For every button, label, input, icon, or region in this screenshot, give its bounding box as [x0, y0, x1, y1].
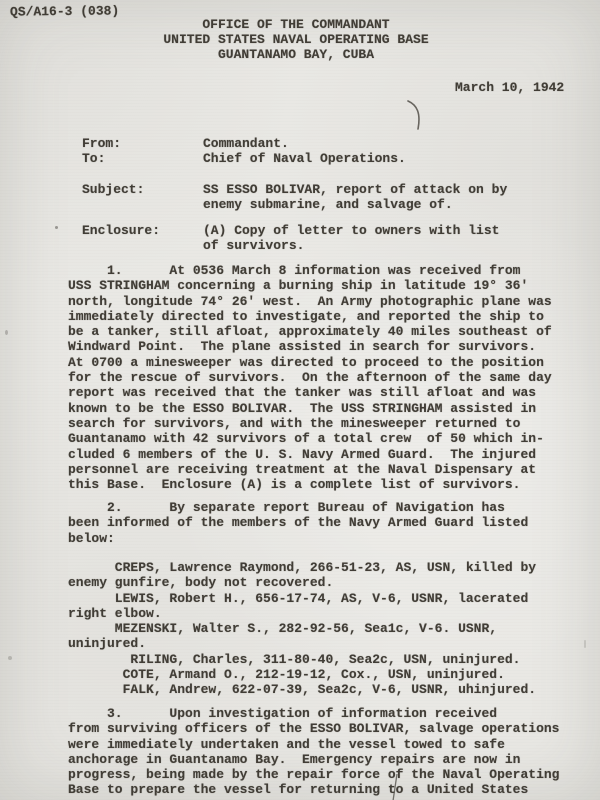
paragraph-2: 2. By separate report Bureau of Navigati… [68, 500, 528, 546]
ink-speck [55, 226, 58, 229]
paragraph-1: 1. At 0536 March 8 information was recei… [68, 263, 552, 492]
to-value: Chief of Naval Operations. [203, 151, 406, 166]
paragraph-3: 3. Upon investigation of information rec… [68, 706, 559, 798]
enclosure-value: (A) Copy of letter to owners with list o… [203, 223, 499, 254]
from-label: From: [82, 136, 121, 151]
pen-stroke-mark [406, 100, 426, 132]
scanned-letter-page: QS/A16-3 (038) OFFICE OF THE COMMANDANT … [0, 0, 600, 800]
from-value: Commandant. [203, 136, 289, 151]
to-label: To: [82, 151, 105, 166]
ink-speck [5, 330, 8, 335]
armed-guard-list: CREPS, Lawrence Raymond, 266-51-23, AS, … [68, 560, 536, 698]
ink-speck [584, 640, 586, 648]
enclosure-label: Enclosure: [82, 223, 160, 238]
letterhead: OFFICE OF THE COMMANDANT UNITED STATES N… [0, 17, 592, 62]
subject-value: SS ESSO BOLIVAR, report of attack on by … [203, 182, 507, 213]
subject-label: Subject: [82, 182, 144, 197]
date-line: March 10, 1942 [455, 80, 564, 95]
ink-speck [8, 656, 12, 660]
